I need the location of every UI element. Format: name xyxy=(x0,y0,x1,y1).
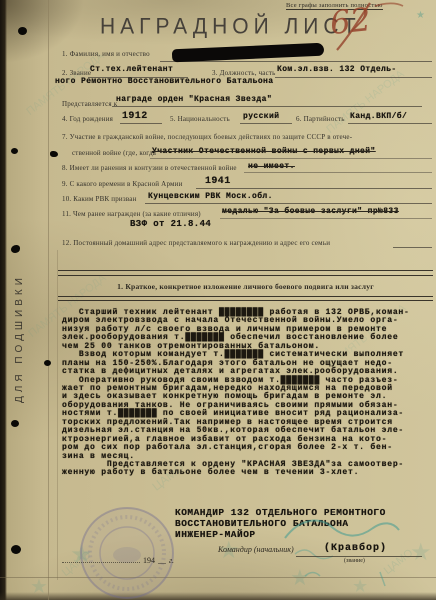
field-prior-awards-value: медалью "За боевые заслуги" пр№833 xyxy=(222,207,399,216)
filing-side-label: ДЛЯ ПОДШИВКИ xyxy=(14,218,30,403)
section-rule xyxy=(58,300,433,301)
section1-heading: 1. Краткое, конкретное изложение личного… xyxy=(58,282,433,291)
field-party-value: Канд.ВКП/б/ xyxy=(350,112,407,121)
field-birthyear-label: 4. Год рождения xyxy=(62,115,113,123)
field-army-since-label: 9. С какого времени в Красной Армии xyxy=(62,180,183,188)
field-warservice-label-line2: ственной войне (где, когда xyxy=(72,149,156,157)
body-line: женную работу в батальоне более чем в те… xyxy=(62,468,359,477)
fold-line-vertical xyxy=(48,0,49,600)
commander-caption: Командир (начальник) xyxy=(218,545,294,554)
field-position-value: Ком.эл.взв. 132 Отдель- xyxy=(277,65,397,74)
field-name-label: 1. Фамилия, имя и отчество xyxy=(62,50,150,58)
field-birthyear-value: 1912 xyxy=(122,111,148,122)
form-rule xyxy=(348,123,432,124)
commander-block-line2: ВОССТАНОВИТЕЛЬНОГО БАТАЛЬОНА xyxy=(175,518,349,529)
field-warservice-label-line1: 7. Участие в гражданской войне, последую… xyxy=(62,133,352,141)
form-rule xyxy=(160,61,432,62)
field-position-label: 3. Должность, часть xyxy=(212,69,276,77)
form-rule xyxy=(112,106,422,107)
citation-body: Старший техник лейтенант ████████ работа… xyxy=(62,308,434,478)
award-sheet-scan: ПАМЯТЬ НАРОДА ПАМЯТЬ НАРОДА ПАМЯТЬ НАРОД… xyxy=(0,0,436,600)
section-rule xyxy=(58,270,433,271)
scan-edge-left xyxy=(0,0,7,600)
field-warservice-value: Участник Отечественной войны с первых дн… xyxy=(152,147,376,156)
form-rule xyxy=(120,123,162,124)
body-line: статка в дефицитных деталях и агрегатах … xyxy=(62,367,398,376)
crease-line-horizontal xyxy=(0,577,436,578)
form-rule xyxy=(150,158,432,159)
form-rule xyxy=(196,188,432,189)
scan-edge-bottom xyxy=(0,592,436,600)
date-year-suffix: г. xyxy=(169,556,174,565)
watermark-star-icon: ★ xyxy=(416,10,425,21)
body-line: ностями т.███████ по своей инициативе вн… xyxy=(62,409,404,418)
form-rule xyxy=(244,172,432,173)
field-wounds-label: 8. Имеет ли ранения и контузии в отечест… xyxy=(62,164,237,172)
presented-for-label: Представляется к xyxy=(62,100,117,108)
rank-caption: (звание) xyxy=(344,558,365,564)
commander-block-line3: ИНЖЕНЕР-МАЙОР xyxy=(175,529,256,540)
field-nationality-label: 5. Национальность xyxy=(170,115,230,123)
redaction-bar-name xyxy=(172,43,324,63)
form-rule xyxy=(240,123,292,124)
commander-name: (Кравбор) xyxy=(324,543,387,554)
field-position-value-line2: ного Ремонтно Восстановительного Батальо… xyxy=(55,77,273,86)
date-rule xyxy=(62,562,140,563)
date-rule-gap xyxy=(158,563,166,564)
ink-spot xyxy=(11,420,19,427)
watermark-star-icon: ★ xyxy=(410,538,432,566)
section-rule xyxy=(58,275,433,276)
ink-spot xyxy=(50,151,58,157)
presented-for-value: награде орден "Красная Звезда" xyxy=(116,95,272,104)
field-party-label: 6. Партийность xyxy=(296,115,345,123)
field-rvk-label: 10. Каким РВК призван xyxy=(62,195,137,203)
body-line: ром до сих пор работала эл.станция,сгора… xyxy=(62,443,393,452)
round-stamp xyxy=(72,503,184,600)
section-rule xyxy=(58,296,433,297)
punch-hole xyxy=(18,27,27,35)
field-rank-value: Ст.тех.лейтенант xyxy=(90,65,173,74)
body-line: диром электровзвода с начала Отечественн… xyxy=(62,316,398,325)
body-line: элек.рооборудования т.███████ обеспечил … xyxy=(62,333,398,342)
body-line: дизельная эл.станция на 50кв.,которая об… xyxy=(62,426,404,435)
watermark-text: ЦАМО xyxy=(60,549,94,579)
commander-block-line1: КОМАНДИР 132 ОТДЕЛЬНОГО РЕМОНТНОГО xyxy=(175,507,386,518)
field-army-since-value: 1941 xyxy=(205,176,231,187)
form-rule xyxy=(275,77,432,78)
field-prior-awards-label: 11. Чем ранее награжден (за какие отличи… xyxy=(62,210,201,218)
watermark-text: ПАМЯТЬ НАРОДА xyxy=(324,68,406,136)
field-wounds-value: не имеет. xyxy=(248,162,295,171)
ink-spot xyxy=(11,148,18,154)
form-rule xyxy=(220,218,432,219)
field-rank-label: 2. Звание xyxy=(62,69,91,77)
handwritten-sheet-number: 62 xyxy=(328,0,372,42)
signature-rule xyxy=(296,556,422,557)
form-rule xyxy=(393,247,432,248)
body-line: Взвод которым командует т.███████ систем… xyxy=(62,350,404,359)
form-rule xyxy=(145,203,432,204)
date-year-prefix: 194 xyxy=(143,556,155,565)
field-nationality-value: русский xyxy=(243,112,279,121)
ink-spot xyxy=(44,360,51,366)
body-line: и здесь оказывает конкретную помощь бриг… xyxy=(62,392,387,401)
field-rvk-value: Кунцевским РВК Моск.обл. xyxy=(148,192,273,201)
field-prior-awards-value-line2: ВЗФ от 21.8.44 xyxy=(130,219,211,229)
watermark-star-icon: ★ xyxy=(290,566,310,591)
document-title: НАГРАДНОЙ ЛИСТ xyxy=(100,14,360,39)
field-address-label: 12. Постоянный домашний адрес представля… xyxy=(62,239,330,247)
watermark-star-icon: ★ xyxy=(70,540,93,570)
punch-hole xyxy=(11,545,21,554)
